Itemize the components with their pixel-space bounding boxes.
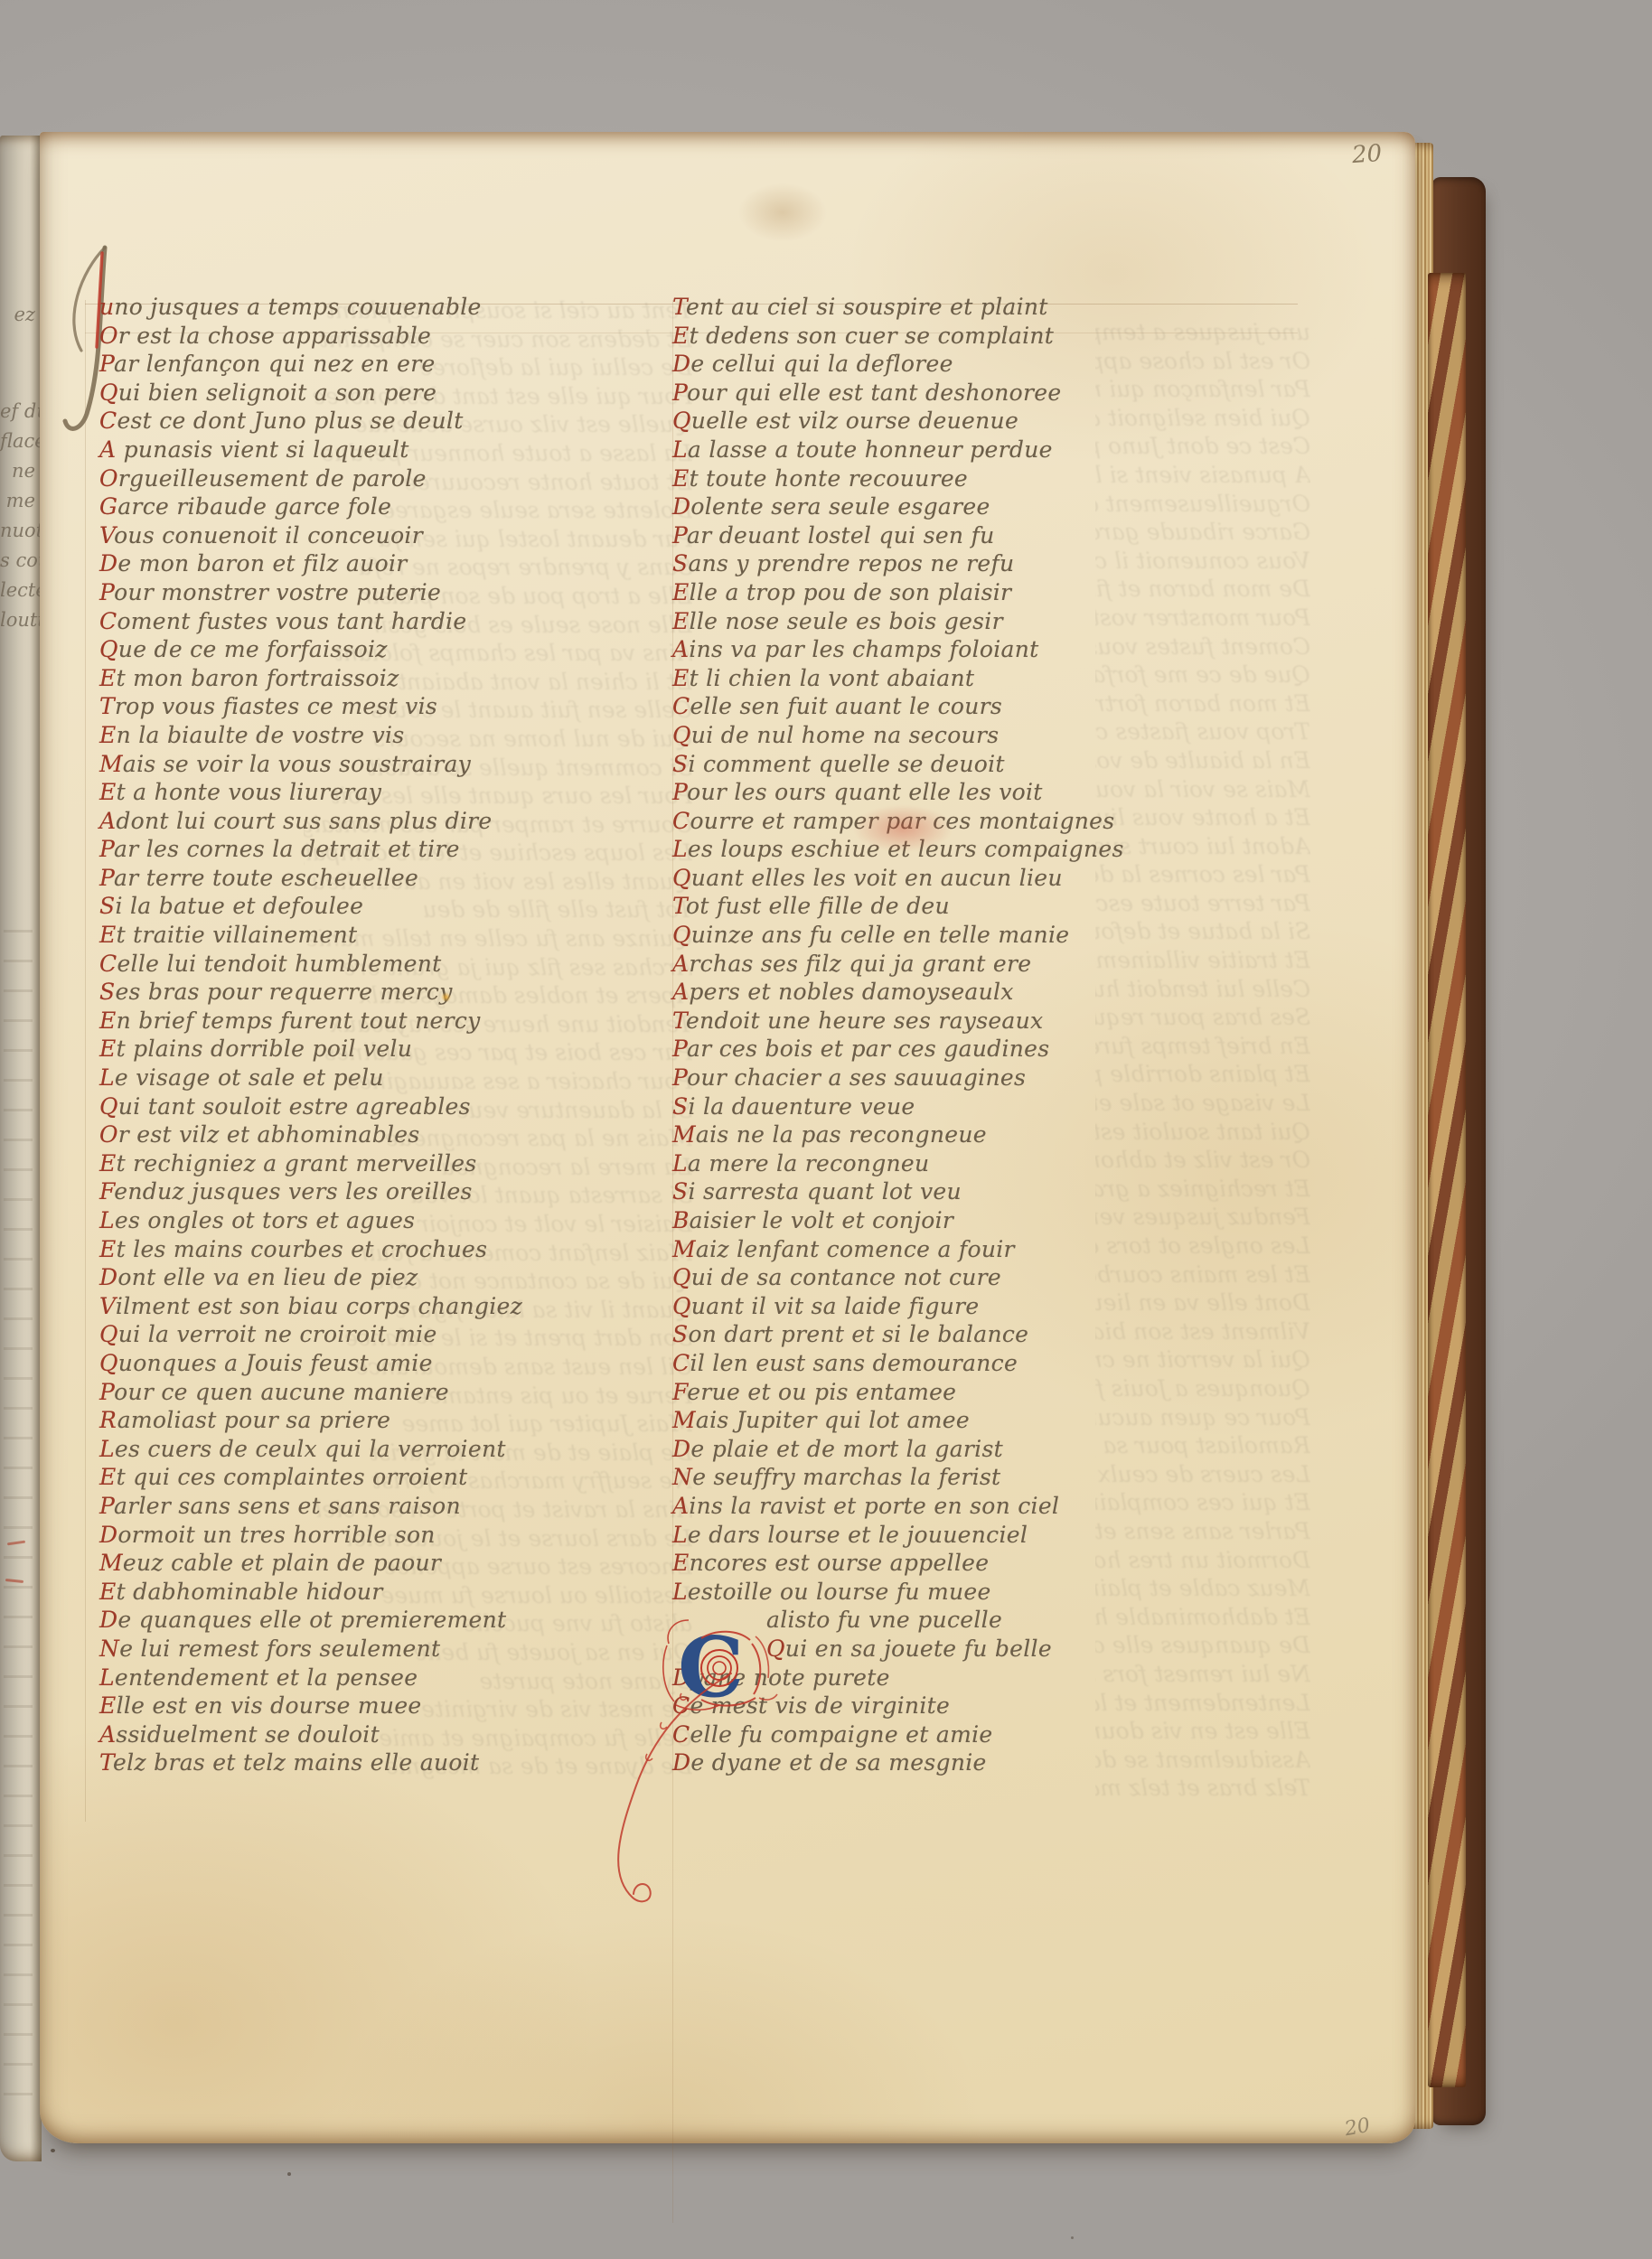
text-fragment: flace	[0, 426, 38, 456]
verse-line: De plaie et de mort la garist	[672, 1435, 1124, 1464]
verse-line: Pour ce quen aucune maniere	[99, 1378, 522, 1407]
ghost-line: Orgueilleusement de parole	[1095, 490, 1310, 519]
verse-line: Parler sans sens et sans raison	[99, 1492, 522, 1521]
ghost-line: A punasis vient si laqueult	[1095, 461, 1310, 490]
verse-line: Son dart prent et si le balance	[672, 1320, 1124, 1349]
verse-line: Dormoit un tres horrible son	[99, 1521, 522, 1550]
verse-line: Et les mains courbes et crochues	[99, 1235, 522, 1264]
ghost-line: Et mon baron fortraissoiz	[1095, 689, 1310, 718]
verse-line: Et dabhominable hidour	[99, 1578, 522, 1607]
verse-line: Par terre toute escheuellee	[99, 864, 522, 893]
ghost-line: Si la batue et defoulee	[1095, 917, 1310, 946]
ghost-line: Par terre toute escheuellee	[1095, 889, 1310, 918]
dust-speck	[287, 2172, 291, 2176]
verse-line: Quant elles les voit en aucun lieu	[672, 864, 1124, 893]
verse-line: Qui de nul home na secours	[672, 721, 1124, 750]
verse-line: Qui tant souloit estre agreables	[99, 1092, 522, 1121]
verse-line: Si sarresta quant lot veu	[672, 1177, 1124, 1206]
verse-line: Si comment quelle se deuoit	[672, 750, 1124, 779]
ghost-line: Et rechigniez a grant merveilles	[1095, 1175, 1310, 1204]
text-fragment: ef dur	[0, 397, 38, 426]
verse-line: Par les cornes la detrait et tire	[99, 835, 522, 864]
verse-line: alisto fu vne pucelle	[766, 1606, 1124, 1635]
verse-line: Et rechigniez a grant merveilles	[99, 1149, 522, 1178]
text-fragment: nuot	[0, 516, 38, 546]
verse-line: De quanques elle ot premierement	[99, 1606, 522, 1635]
verse-line: De mon baron et filz auoir	[99, 549, 522, 578]
verse-line: Que de ce me forfaissoiz	[99, 635, 522, 664]
ghost-line: Qui bien selignoit a son pere	[1095, 404, 1310, 433]
ghost-line: Le visage ot sale et pelu	[1095, 1089, 1310, 1118]
verse-line: En la biaulte de vostre vis	[99, 721, 522, 750]
ghost-line: Fenduz jusques vers les oreilles	[1095, 1203, 1310, 1232]
ghost-line: Garce ribaude garce fole	[1095, 518, 1310, 547]
ghost-line: Et a honte vous liureray	[1095, 803, 1310, 832]
verse-line: Le visage ot sale et pelu	[99, 1064, 522, 1092]
verse-line: Tot fust elle fille de deu	[672, 892, 1124, 921]
ghost-line: En la biaulte de vostre vis	[1095, 746, 1310, 775]
verse-line: Meuz cable et plain de paour	[99, 1549, 522, 1578]
verse-line: Les ongles ot tors et agues	[99, 1206, 522, 1235]
verse-line: Qui la verroit ne croiroit mie	[99, 1320, 522, 1349]
ghost-line: Or est vilz et abhominables	[1095, 1146, 1310, 1175]
ghost-line: Cest ce dont Juno plus se deult	[1095, 432, 1310, 461]
verse-line: Et traitie villainement	[99, 921, 522, 950]
verse-line: A punasis vient si laqueult	[99, 436, 522, 464]
verse-line: Mais Jupiter qui lot amee	[672, 1406, 1124, 1435]
ghost-line: Ne lui remest fors seulement	[1095, 1660, 1310, 1689]
dust-speck	[1071, 2236, 1074, 2239]
ghost-line: Et traitie villainement	[1095, 946, 1310, 975]
verse-line: Encores est ourse appellee	[672, 1549, 1124, 1578]
ghost-line: Dormoit un tres horrible son	[1095, 1546, 1310, 1575]
verse-line: Ne lui remest fors seulement	[99, 1635, 522, 1664]
ghost-line: Et les mains courbes et crochues	[1095, 1261, 1310, 1289]
verse-line: Or est vilz et abhominables	[99, 1120, 522, 1149]
ghost-line: Par les cornes la detrait et tire	[1095, 860, 1310, 889]
faded-text-marks	[4, 913, 33, 2114]
verse-line: En brief temps furent tout nercy	[99, 1007, 522, 1036]
verse-line: Pour qui elle est tant deshonoree	[672, 379, 1124, 408]
verse-line: Mais ne la pas recongneue	[672, 1120, 1124, 1149]
verse-line: Trop vous fiastes ce mest vis	[99, 692, 522, 721]
ghost-line: En brief temps furent tout nercy	[1095, 1032, 1310, 1061]
verse-line: Si la dauenture veue	[672, 1092, 1124, 1121]
manuscript-photograph: ezef durflacenemenuots coutlectesloutte …	[0, 0, 1652, 2259]
verse-line: Apers et nobles damoyseaulx	[672, 978, 1124, 1007]
verse-line: Ne seuffry marchas la ferist	[672, 1463, 1124, 1492]
verse-line: Par lenfançon qui nez en ere	[99, 350, 522, 379]
verse-line: Pour chacier a ses sauuagines	[672, 1064, 1124, 1092]
verse-line: Cil len eust sans demourance	[672, 1349, 1124, 1378]
verse-line: De cellui qui la defloree	[672, 350, 1124, 379]
verse-line: La mere la recongneu	[672, 1149, 1124, 1178]
verse-line: Baisier le volt et conjoir	[672, 1206, 1124, 1235]
ghost-line: Pour monstrer vostre puterie	[1095, 604, 1310, 633]
verse-line: Coment fustes vous tant hardie	[99, 607, 522, 636]
verse-line: Si la batue et defoulee	[99, 892, 522, 921]
penwork-flourish	[546, 1668, 745, 1939]
verse-line: Vilment est son biau corps changiez	[99, 1292, 522, 1321]
ghost-line: De quanques elle ot premierement	[1095, 1631, 1310, 1660]
verse-line: Orgueilleusement de parole	[99, 464, 522, 493]
ghost-line: Quonques a Jouis feust amie	[1095, 1374, 1310, 1403]
verse-line: Ramoliast pour sa priere	[99, 1406, 522, 1435]
ghost-line: De mon baron et filz auoir	[1095, 575, 1310, 604]
ghost-line: Dont elle va en lieu de piez	[1095, 1289, 1310, 1317]
verse-line: Ses bras pour requerre mercy	[99, 978, 522, 1007]
ghost-line: Telz bras et telz mains elle auoit	[1095, 1774, 1310, 1803]
verse-line: Or est la chose apparissable	[99, 322, 522, 351]
verse-line: Et dedens son cuer se complaint	[672, 322, 1124, 351]
verse-line: Celle lui tendoit humblement	[99, 950, 522, 979]
verse-line: Le dars lourse et le jouuenciel	[672, 1521, 1124, 1550]
verse-line: Les cuers de ceulx qui la verroient	[99, 1435, 522, 1464]
verse-line: Qui en sa jouete fu belle	[766, 1635, 1124, 1664]
verse-line: Cest ce dont Juno plus se deult	[99, 407, 522, 436]
verse-line: Assiduelment se douloit	[99, 1720, 522, 1749]
verse-line: La lasse a toute honneur perdue	[672, 436, 1124, 464]
verse-line: Maiz lenfant comence a fouir	[672, 1235, 1124, 1264]
verse-line: Dolente sera seule esgaree	[672, 492, 1124, 521]
fore-edge-pattern	[1428, 273, 1466, 2087]
verse-line: Elle nose seule es bois gesir	[672, 607, 1124, 636]
ghost-line: Que de ce me forfaissoiz	[1095, 661, 1310, 689]
ghost-line: Qui tant souloit estre agreables	[1095, 1118, 1310, 1147]
verse-line: Quant il vit sa laide figure	[672, 1292, 1124, 1321]
ghost-line: Par lenfançon qui nez en ere	[1095, 375, 1310, 404]
ghost-line: Or est la chose apparissable	[1095, 347, 1310, 376]
text-fragment: s cout	[0, 546, 38, 576]
verse-line: Qui bien selignoit a son pere	[99, 379, 522, 408]
text-fragment: ne	[0, 456, 38, 486]
wax-spot	[441, 992, 451, 1002]
ghost-line: Celle lui tendoit humblement	[1095, 975, 1310, 1004]
ghost-line: Les cuers de ceulx qui la verroient	[1095, 1460, 1310, 1489]
text-fragment: loutte	[0, 605, 38, 635]
verse-line: Ferue et ou pis entamee	[672, 1378, 1124, 1407]
ghost-line: Elle est en vis dourse muee	[1095, 1717, 1310, 1746]
verse-line: Dont elle va en lieu de piez	[99, 1263, 522, 1292]
ghost-line: Ramoliast pour sa priere	[1095, 1431, 1310, 1460]
verse-line: Elle est en vis dourse muee	[99, 1692, 522, 1720]
verse-line: Lestoille ou lourse fu muee	[672, 1578, 1124, 1607]
verse-line: Elle a trop pou de son plaisir	[672, 578, 1124, 607]
verse-line: Et toute honte recouuree	[672, 464, 1124, 493]
folio-number-bottom: 20	[1343, 2114, 1372, 2141]
verse-line: uno jusques a temps couuenable	[99, 293, 522, 322]
verse-line: Garce ribaude garce fole	[99, 492, 522, 521]
verse-line: Quinze ans fu celle en telle manie	[672, 921, 1124, 950]
text-fragment: ez	[0, 300, 38, 330]
ghost-line: Mais se voir la vous soustrairay	[1095, 775, 1310, 804]
ghost-line: Parler sans sens et sans raison	[1095, 1517, 1310, 1546]
ghost-line: Coment fustes vous tant hardie	[1095, 633, 1310, 661]
verse-line: Fenduz jusques vers les oreilles	[99, 1177, 522, 1206]
ghost-line: Les ongles ot tors et agues	[1095, 1232, 1310, 1261]
verse-line: Lentendement et la pensee	[99, 1664, 522, 1692]
verse-line: Et a honte vous liureray	[99, 778, 522, 807]
verse-line: Et mon baron fortraissoiz	[99, 664, 522, 693]
verse-line: Pour les ours quant elle les voit	[672, 778, 1124, 807]
text-column-2: Tent au ciel si souspire et plaintEt ded…	[672, 293, 1124, 1777]
verse-line: Par ces bois et par ces gaudines	[672, 1035, 1124, 1064]
verse-line: Et li chien la vont abaiant	[672, 664, 1124, 693]
ghost-line: Adont lui court sus sans plus dire	[1095, 832, 1310, 861]
previous-page-edge: ezef durflacenemenuots coutlectesloutte	[0, 136, 42, 2161]
verse-line: Qui de sa contance not cure	[672, 1263, 1124, 1292]
ghost-line: Vilment est son biau corps changiez	[1095, 1317, 1310, 1346]
verse-line: Mais se voir la vous soustrairay	[99, 750, 522, 779]
verse-line: Archas ses filz qui ja grant ere	[672, 950, 1124, 979]
verse-line: Ains la ravist et porte en son ciel	[672, 1492, 1124, 1521]
ghost-line: Trop vous fiastes ce mest vis	[1095, 717, 1310, 746]
ghost-line: Lentendement et la pensee	[1095, 1689, 1310, 1718]
text-fragment: lectes	[0, 576, 38, 605]
ghost-line: Vous conuenoit il conceuoir	[1095, 547, 1310, 576]
verse-line: Telz bras et telz mains elle auoit	[99, 1748, 522, 1777]
text-fragment: me	[0, 486, 38, 516]
verse-line: Pour monstrer vostre puterie	[99, 578, 522, 607]
verse-line: Et plains dorrible poil velu	[99, 1035, 522, 1064]
red-pigment-smudge	[853, 805, 953, 852]
manuscript-page: Tent au ciel si souspire et plaintEt ded…	[40, 132, 1415, 2143]
verse-line: Tendoit une heure ses rayseaux	[672, 1007, 1124, 1036]
verse-line: Et qui ces complaintes orroient	[99, 1463, 522, 1492]
ghost-line: Et dabhominable hidour	[1095, 1603, 1310, 1632]
ghost-line: Et plains dorrible poil velu	[1095, 1060, 1310, 1089]
facing-page-text-fragments: ezef durflacenemenuots coutlectesloutte	[0, 300, 38, 635]
vertical-ruling-line	[85, 300, 86, 1822]
verse-line: Vous conuenoit il conceuoir	[99, 521, 522, 550]
folio-number: 20	[1351, 140, 1383, 169]
ghost-line: Pour ce quen aucune maniere	[1095, 1403, 1310, 1432]
text-column-1: uno jusques a temps couuenableOr est la …	[99, 293, 522, 1777]
verse-line: Sans y prendre repos ne refu	[672, 549, 1124, 578]
ghost-line: Ses bras pour requerre mercy	[1095, 1003, 1310, 1032]
verse-line: Celle sen fuit auant le cours	[672, 692, 1124, 721]
ghost-line: Et qui ces complaintes orroient	[1095, 1488, 1310, 1517]
verse-line: Adont lui court sus sans plus dire	[99, 807, 522, 836]
ghost-line: Meuz cable et plain de paour	[1095, 1574, 1310, 1603]
showthrough-text: uno jusques a temps couuenableOr est la …	[1095, 318, 1310, 1963]
verse-line: Par deuant lostel qui sen fu	[672, 521, 1124, 550]
verse-line: Ains va par les champs foloiant	[672, 635, 1124, 664]
ghost-line: Assiduelment se douloit	[1095, 1746, 1310, 1775]
ghost-line: Qui la verroit ne croiroit mie	[1095, 1345, 1310, 1374]
verse-line: Quelle est vilz ourse deuenue	[672, 407, 1124, 436]
verse-line: Quonques a Jouis feust amie	[99, 1349, 522, 1378]
verse-line: Tent au ciel si souspire et plaint	[672, 293, 1124, 322]
dust-speck	[51, 2149, 55, 2152]
